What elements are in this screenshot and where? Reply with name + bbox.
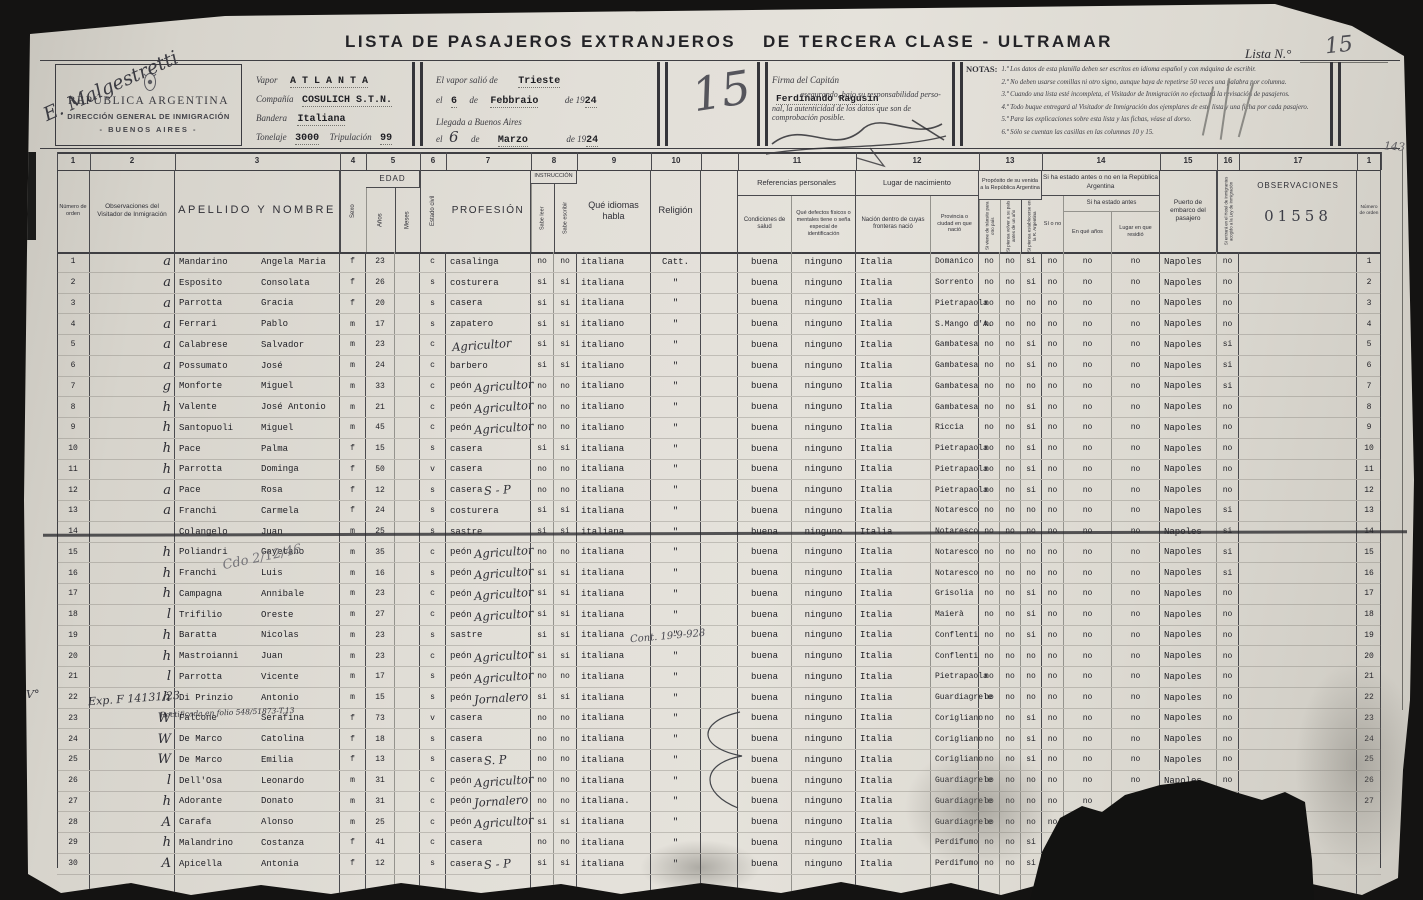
cell-p2: no: [1000, 563, 1021, 583]
cell-name: Alonso: [257, 812, 340, 832]
cell-salud: buena: [738, 563, 792, 583]
cell-gap: [701, 397, 738, 417]
cell-hotel: no: [1217, 626, 1239, 646]
cell-escribir: no: [554, 792, 577, 812]
cell-antes_lugar: no: [1112, 335, 1160, 355]
tripulacion-label: Tripulación: [330, 132, 372, 142]
cell-salud: buena: [738, 646, 792, 666]
cell-estado: s: [420, 501, 446, 521]
cell-antes_lugar: no: [1112, 626, 1160, 646]
cell-religion: ": [651, 646, 701, 666]
cell-antes_anos: no: [1064, 584, 1112, 604]
cell-defectos: ninguno: [792, 418, 856, 438]
cell-antes: no: [1042, 273, 1064, 293]
cell-obs: [1239, 605, 1357, 625]
cell-escribir: si: [554, 584, 577, 604]
cell-name: Costanza: [257, 833, 340, 853]
header-numero: Número de orden: [57, 170, 90, 252]
cell-p3: si: [1021, 709, 1042, 729]
cell-religion: ": [651, 543, 701, 563]
cell-n: 28: [57, 812, 90, 832]
cell-mark: h: [90, 418, 175, 438]
cell-estado: s: [420, 626, 446, 646]
cell-antes: no: [1042, 377, 1064, 397]
cell-p3: si: [1021, 439, 1042, 459]
cell-antes_lugar: no: [1112, 605, 1160, 625]
cell-nacion: Italia: [856, 356, 931, 376]
cell-p3: si: [1021, 418, 1042, 438]
cell-surname: De Marco: [175, 750, 257, 770]
header-meses: Meses: [395, 188, 420, 252]
de19-label: de 19: [565, 95, 585, 105]
cell-leer: si: [531, 356, 554, 376]
cell-defectos: ninguno: [792, 439, 856, 459]
header-gap: [701, 170, 738, 252]
cell-prof: [446, 875, 531, 900]
vapor-label: Vapor: [256, 75, 278, 85]
cell-religion: ": [651, 314, 701, 334]
cell-antes: no: [1042, 460, 1064, 480]
cell-provincia: Sorrento: [931, 273, 979, 293]
cell-p2: no: [1000, 335, 1021, 355]
cell-escribir: [554, 875, 577, 900]
cell-gap: [701, 356, 738, 376]
cell-antes_lugar: no: [1112, 667, 1160, 687]
cell-estado: c: [420, 356, 446, 376]
cell-n2: 22: [1357, 688, 1381, 708]
cell-name: Oreste: [257, 605, 340, 625]
handwritten-profession: Agricultor: [473, 647, 533, 665]
table-row: 19hBarattaNicolasm23ssastresisiitaliana"…: [57, 626, 1381, 647]
cell-n2: 3: [1357, 294, 1381, 314]
cell-p3: si: [1021, 480, 1042, 500]
table-row: 10hPacePalmaf15scaserasisiitaliana"buena…: [57, 439, 1381, 460]
cell-sexo: m: [340, 646, 366, 666]
cell-antes_anos: no: [1064, 335, 1112, 355]
cell-antes_anos: no: [1064, 522, 1112, 542]
cell-estado: c: [420, 584, 446, 604]
cell-sexo: m: [340, 335, 366, 355]
el2-label: el: [436, 134, 443, 144]
cell-mark: W: [90, 750, 175, 770]
cell-salud: buena: [738, 833, 792, 853]
cell-surname: Parrotta: [175, 460, 257, 480]
cell-meses: [395, 584, 420, 604]
cell-p2: no: [1000, 397, 1021, 417]
cell-estado: c: [420, 377, 446, 397]
cell-prof: costurera: [446, 273, 531, 293]
cell-leer: no: [531, 771, 554, 791]
cell-antes: no: [1042, 729, 1064, 749]
header-ha-estado: Si ha estado antes: [1064, 196, 1160, 212]
cell-anos: 27: [366, 605, 395, 625]
cell-puerto: Napoles: [1160, 522, 1217, 542]
cell-obs: [1239, 335, 1357, 355]
cell-meses: [395, 543, 420, 563]
cell-n: 5: [57, 335, 90, 355]
cell-sexo: m: [340, 605, 366, 625]
cell-sexo: f: [340, 252, 366, 272]
cell-estado: s: [420, 522, 446, 542]
cell-salud: [738, 875, 792, 900]
cell-antes: no: [1042, 397, 1064, 417]
cell-defectos: ninguno: [792, 626, 856, 646]
cell-meses: [395, 833, 420, 853]
cell-n2: 14: [1357, 522, 1381, 542]
cell-leer: no: [531, 709, 554, 729]
cell-antes_anos: no: [1064, 377, 1112, 397]
cell-idioma: italiana.: [577, 792, 651, 812]
cell-name: Miguel: [257, 377, 340, 397]
cell-n2: 1: [1357, 252, 1381, 272]
cell-mark: A: [90, 812, 175, 832]
cell-provincia: Conflenti: [931, 626, 979, 646]
cell-name: Juan: [257, 646, 340, 666]
cell-p2: no: [1000, 812, 1021, 832]
cell-escribir: no: [554, 418, 577, 438]
cell-nacion: Italia: [856, 460, 931, 480]
cell-obs: [1239, 626, 1357, 646]
cell-idioma: italiana: [577, 294, 651, 314]
cell-p3: si: [1021, 397, 1042, 417]
cell-salud: buena: [738, 522, 792, 542]
cell-hotel: no: [1217, 480, 1239, 500]
cell-idioma: italiana: [577, 646, 651, 666]
cell-defectos: ninguno: [792, 480, 856, 500]
cell-religion: ": [651, 812, 701, 832]
column-number: 12: [913, 156, 922, 165]
el-label: el: [436, 95, 443, 105]
cell-meses: [395, 377, 420, 397]
cell-n2: 16: [1357, 563, 1381, 583]
cell-sexo: [340, 875, 366, 900]
cell-name: José: [257, 356, 340, 376]
cell-name: Palma: [257, 439, 340, 459]
cell-antes: no: [1042, 252, 1064, 272]
cell-nacion: Italia: [856, 335, 931, 355]
cell-escribir: si: [554, 563, 577, 583]
cell-idioma: italiana: [577, 854, 651, 874]
cell-obs: [1239, 252, 1357, 272]
cell-p1: no: [979, 439, 1000, 459]
header-hotel-inmigrantes: Si entrará en el Hotel de Inmigrantes ac…: [1217, 170, 1239, 252]
cell-defectos: ninguno: [792, 667, 856, 687]
cell-sexo: m: [340, 543, 366, 563]
cell-antes_anos: no: [1064, 626, 1112, 646]
table-row: 17hCampagnaAnnibalem23cpeónAgricultorsis…: [57, 584, 1381, 605]
cell-puerto: Napoles: [1160, 584, 1217, 604]
cell-sexo: m: [340, 792, 366, 812]
cell-defectos: ninguno: [792, 252, 856, 272]
cell-p1: no: [979, 314, 1000, 334]
cell-nacion: Italia: [856, 833, 931, 853]
cell-religion: ": [651, 480, 701, 500]
cell-hotel: no: [1217, 294, 1239, 314]
cell-p2: no: [1000, 688, 1021, 708]
table-row: 20hMastroianniJuanm23cpeónAgricultorsisi…: [57, 646, 1381, 667]
cell-n2: [1357, 812, 1381, 832]
header-religion: Religión: [651, 170, 701, 252]
tonelaje-label: Tonelaje: [256, 132, 287, 142]
cell-escribir: si: [554, 854, 577, 874]
cell-prof: casera: [446, 460, 531, 480]
header-sexo: Sexo: [340, 170, 366, 252]
cell-mark: h: [90, 584, 175, 604]
cell-p3: no: [1021, 563, 1042, 583]
cell-n2: 8: [1357, 397, 1381, 417]
cell-n2: 5: [1357, 335, 1381, 355]
cell-antes_lugar: no: [1112, 314, 1160, 334]
cell-prof: casera: [446, 709, 531, 729]
cell-gap: [701, 812, 738, 832]
tonelaje-value: 3000: [295, 133, 319, 145]
cell-salud: buena: [738, 605, 792, 625]
cell-n: 17: [57, 584, 90, 604]
cell-idioma: italiana: [577, 563, 651, 583]
cell-religion: ": [651, 522, 701, 542]
cell-n2: 13: [1357, 501, 1381, 521]
column-number: 1: [1367, 156, 1371, 165]
cell-idioma: italiano: [577, 418, 651, 438]
cell-hotel: no: [1217, 439, 1239, 459]
cell-antes: no: [1042, 501, 1064, 521]
cell-gap: [701, 480, 738, 500]
cell-estado: c: [420, 543, 446, 563]
cell-antes_lugar: no: [1112, 460, 1160, 480]
cell-name: José Antonio: [257, 397, 340, 417]
cell-anos: 23: [366, 335, 395, 355]
cell-obs: [1239, 397, 1357, 417]
cell-defectos: ninguno: [792, 522, 856, 542]
cell-escribir: no: [554, 480, 577, 500]
cell-mark: a: [90, 356, 175, 376]
cell-p2: no: [1000, 522, 1021, 542]
cell-anos: 17: [366, 667, 395, 687]
nota-item: 5.ª Para las explicaciones sobre esta li…: [1002, 114, 1309, 127]
header-instruccion: INSTRUCCIÓN: [531, 170, 577, 184]
cell-anos: 15: [366, 439, 395, 459]
header-defectos: Qué defectos físicos o mentales tiene o …: [792, 196, 856, 252]
cell-provincia: Pietrapaola: [931, 667, 979, 687]
cell-religion: ": [651, 439, 701, 459]
handwritten-profession: Agricultor: [473, 813, 533, 831]
cell-p2: no: [1000, 584, 1021, 604]
row23-margin-mark: V°: [26, 688, 39, 701]
cell-n2: 24: [1357, 729, 1381, 749]
cell-provincia: Pietrapaola: [931, 294, 979, 314]
cell-escribir: no: [554, 377, 577, 397]
cell-p1: no: [979, 584, 1000, 604]
cell-estado: s: [420, 314, 446, 334]
bracket-mark: [688, 708, 748, 814]
cell-puerto: Napoles: [1160, 356, 1217, 376]
cell-n2: 19: [1357, 626, 1381, 646]
cell-n: 20: [57, 646, 90, 666]
cell-estado: s: [420, 854, 446, 874]
cell-nacion: Italia: [856, 273, 931, 293]
cell-p3: si: [1021, 356, 1042, 376]
cell-antes_anos: no: [1064, 771, 1112, 791]
cell-p3: no: [1021, 377, 1042, 397]
cell-provincia: S.Mango d'A.: [931, 314, 979, 334]
document-page: LISTA DE PASAJEROS EXTRANJEROS DE TERCER…: [0, 0, 1423, 900]
cell-idioma: italiana: [577, 709, 651, 729]
cell-mark: W: [90, 729, 175, 749]
notas-box: NOTAS: 1.ª Los datos de esta planilla de…: [966, 64, 1326, 146]
cell-p3: no: [1021, 792, 1042, 812]
cell-obs: [1239, 667, 1357, 687]
cell-antes_lugar: no: [1112, 522, 1160, 542]
cell-p3: si: [1021, 750, 1042, 770]
cell-obs: [1239, 646, 1357, 666]
nota-item: 3.ª Cuando una lista esté incompleta, el…: [1002, 89, 1309, 102]
handwritten-profession: S. P: [484, 752, 507, 768]
cell-p2: no: [1000, 314, 1021, 334]
cell-prof: casera: [446, 439, 531, 459]
cell-name: Gracia: [257, 294, 340, 314]
cell-leer: no: [531, 418, 554, 438]
cell-anos: 45: [366, 418, 395, 438]
cell-antes_lugar: no: [1112, 397, 1160, 417]
cell-idioma: italiana: [577, 460, 651, 480]
header-en-que-anos: En qué años: [1064, 212, 1112, 252]
lista-number-value: 15: [1324, 32, 1354, 60]
cell-provincia: Perdifumo: [931, 833, 979, 853]
cell-antes_lugar: no: [1112, 563, 1160, 583]
cell-mark: h: [90, 646, 175, 666]
cell-gap: [701, 294, 738, 314]
cell-p3: si: [1021, 584, 1042, 604]
cell-n: 25: [57, 750, 90, 770]
cell-defectos: ninguno: [792, 729, 856, 749]
cell-p1: no: [979, 543, 1000, 563]
cell-salud: buena: [738, 439, 792, 459]
cell-gap: [701, 418, 738, 438]
cell-antes_lugar: no: [1112, 501, 1160, 521]
cell-defectos: [792, 875, 856, 900]
cell-surname: Mandarino: [175, 252, 257, 272]
cell-gap: [701, 335, 738, 355]
cell-name: Juan: [257, 522, 340, 542]
cell-antes_anos: no: [1064, 294, 1112, 314]
cell-defectos: ninguno: [792, 460, 856, 480]
cell-prof: peónAgricultor: [446, 646, 531, 666]
cell-mark: [90, 522, 175, 542]
cell-escribir: no: [554, 543, 577, 563]
cell-provincia: Gambatesa: [931, 356, 979, 376]
cell-nacion: [856, 875, 931, 900]
cell-sexo: m: [340, 812, 366, 832]
cell-name: Nicolas: [257, 626, 340, 646]
cell-escribir: si: [554, 688, 577, 708]
cell-p2: no: [1000, 646, 1021, 666]
cell-prof: peónAgricultor: [446, 543, 531, 563]
cell-obs: [1239, 356, 1357, 376]
cell-puerto: Napoles: [1160, 294, 1217, 314]
cell-surname: Campagna: [175, 584, 257, 604]
cell-p3: no: [1021, 314, 1042, 334]
cell-hotel: si: [1217, 356, 1239, 376]
cell-n: 19: [57, 626, 90, 646]
cell-obs: [1239, 294, 1357, 314]
cell-defectos: ninguno: [792, 397, 856, 417]
cell-anos: 35: [366, 543, 395, 563]
bandera-label: Bandera: [256, 113, 287, 123]
cell-anos: [366, 875, 395, 900]
cell-leer: si: [531, 563, 554, 583]
cell-p3: no: [1021, 812, 1042, 832]
cell-sexo: m: [340, 584, 366, 604]
cell-defectos: ninguno: [792, 812, 856, 832]
cell-escribir: si: [554, 335, 577, 355]
cell-p1: no: [979, 854, 1000, 874]
cell-prof: casera: [446, 833, 531, 853]
cell-defectos: ninguno: [792, 750, 856, 770]
cell-leer: no: [531, 252, 554, 272]
cell-escribir: no: [554, 833, 577, 853]
bandera-value: Italiana: [297, 114, 345, 126]
cell-p1: no: [979, 397, 1000, 417]
cell-nacion: Italia: [856, 688, 931, 708]
cell-surname: De Marco: [175, 729, 257, 749]
cell-nacion: Italia: [856, 854, 931, 874]
cell-nacion: Italia: [856, 252, 931, 272]
cell-p3: si: [1021, 335, 1042, 355]
table-row: 18lTrifilioOrestem27cpeónAgricultorsisii…: [57, 605, 1381, 626]
cell-antes: no: [1042, 646, 1064, 666]
cell-leer: si: [531, 335, 554, 355]
cell-n: 24: [57, 729, 90, 749]
cell-estado: c: [420, 833, 446, 853]
cell-n2: 11: [1357, 460, 1381, 480]
cell-gap: [701, 439, 738, 459]
column-number: 4: [351, 156, 355, 165]
cell-n2: 12: [1357, 480, 1381, 500]
cell-estado: c: [420, 397, 446, 417]
cell-nacion: Italia: [856, 522, 931, 542]
cell-meses: [395, 854, 420, 874]
cell-leer: si: [531, 646, 554, 666]
column-number: 17: [1294, 156, 1303, 165]
cell-p3: no: [1021, 646, 1042, 666]
cell-leer: si: [531, 584, 554, 604]
cell-provincia: Corigliano: [931, 729, 979, 749]
cell-escribir: no: [554, 729, 577, 749]
cell-obs: [1239, 314, 1357, 334]
cell-name: Vicente: [257, 667, 340, 687]
cell-n: 26: [57, 771, 90, 791]
cell-leer: no: [531, 480, 554, 500]
cell-puerto: Napoles: [1160, 439, 1217, 459]
cell-escribir: si: [554, 273, 577, 293]
cell-nacion: Italia: [856, 480, 931, 500]
header-puerto: Puerto de embarco del pasajero: [1160, 170, 1217, 252]
cell-sexo: m: [340, 397, 366, 417]
cell-provincia: Guardiagrele: [931, 792, 979, 812]
cell-n: 2: [57, 273, 90, 293]
cell-meses: [395, 501, 420, 521]
cell-salud: buena: [738, 252, 792, 272]
cell-obs: [1239, 439, 1357, 459]
cell-p1: no: [979, 605, 1000, 625]
cell-hotel: si: [1217, 501, 1239, 521]
cell-obs: [1239, 750, 1357, 770]
cell-leer: no: [531, 543, 554, 563]
llegada-day: 6: [449, 128, 459, 146]
header-obs-visitador: Observaciones del Visitador de Inmigraci…: [90, 170, 175, 252]
salio-day: 6: [451, 96, 457, 108]
cell-defectos: ninguno: [792, 688, 856, 708]
